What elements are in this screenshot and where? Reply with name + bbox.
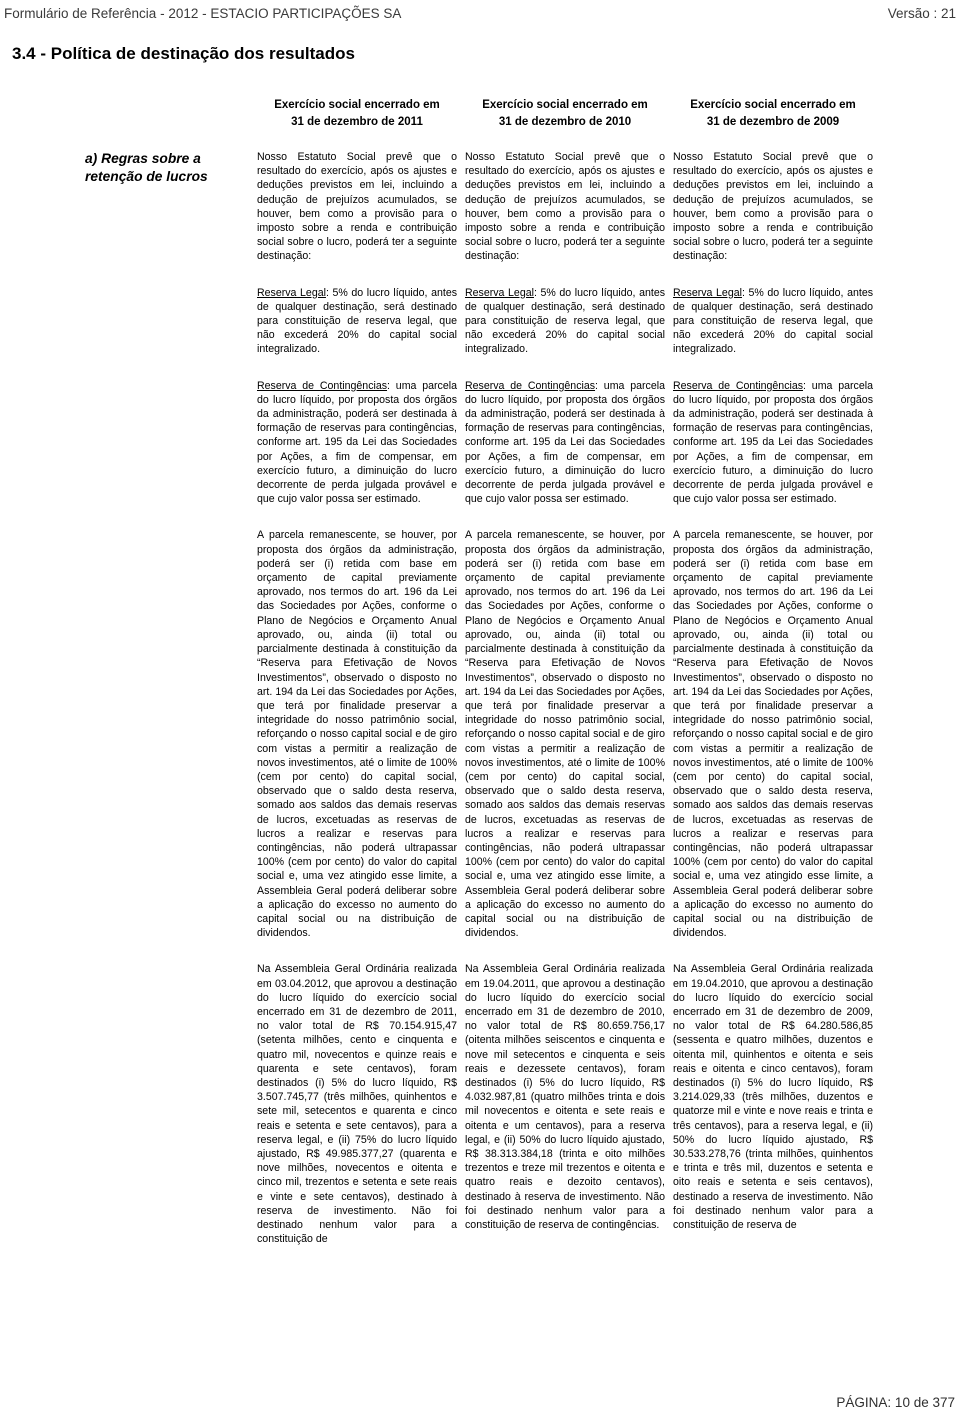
paragraph-text: Na Assembleia Geral Ordinária realizada …	[673, 963, 873, 1231]
paragraph: A parcela remanescente, se houver, por p…	[673, 528, 873, 940]
column-header-line1: Exercício social encerrado em	[673, 97, 873, 114]
paragraph-text: : uma parcela do lucro líquido, por prop…	[257, 380, 457, 506]
paragraph-text: A parcela remanescente, se houver, por p…	[673, 529, 873, 939]
paragraph-text: Na Assembleia Geral Ordinária realizada …	[257, 963, 457, 1245]
header-spacer	[85, 97, 249, 131]
paragraph: Reserva Legal: 5% do lucro líquido, ante…	[465, 286, 665, 357]
document-title: Formulário de Referência - 2012 - ESTACI…	[4, 6, 401, 21]
paragraph-text: A parcela remanescente, se houver, por p…	[465, 529, 665, 939]
paragraph-text: A parcela remanescente, se houver, por p…	[257, 529, 457, 939]
paragraph-lead: Reserva Legal	[465, 287, 534, 299]
paragraph: Reserva Legal: 5% do lucro líquido, ante…	[673, 286, 873, 357]
paragraph: Reserva de Contingências: uma parcela do…	[673, 379, 873, 507]
paragraph-text: Na Assembleia Geral Ordinária realizada …	[465, 963, 665, 1231]
paragraph-text: Nosso Estatuto Social prevê que o result…	[257, 151, 457, 262]
paragraph-text: : uma parcela do lucro líquido, por prop…	[673, 380, 873, 506]
paragraph: Nosso Estatuto Social prevê que o result…	[673, 150, 873, 264]
paragraph: Na Assembleia Geral Ordinária realizada …	[257, 962, 457, 1246]
column-header-2011: Exercício social encerrado em 31 de deze…	[257, 97, 457, 131]
paragraph: Nosso Estatuto Social prevê que o result…	[465, 150, 665, 264]
column-header-line1: Exercício social encerrado em	[465, 97, 665, 114]
paragraph: Reserva Legal: 5% do lucro líquido, ante…	[257, 286, 457, 357]
paragraph-lead: Reserva de Contingências	[673, 380, 803, 392]
results-table: Exercício social encerrado em 31 de deze…	[85, 97, 873, 1268]
column-header-line2: 31 de dezembro de 2009	[673, 114, 873, 131]
paragraph-text: Nosso Estatuto Social prevê que o result…	[465, 151, 665, 262]
paragraph: Na Assembleia Geral Ordinária realizada …	[465, 962, 665, 1232]
column-header-2010: Exercício social encerrado em 31 de deze…	[465, 97, 665, 131]
column-cell-2010: Nosso Estatuto Social prevê que o result…	[465, 150, 665, 1268]
paragraph: A parcela remanescente, se houver, por p…	[465, 528, 665, 940]
paragraph: Na Assembleia Geral Ordinária realizada …	[673, 962, 873, 1232]
paragraph: Reserva de Contingências: uma parcela do…	[257, 379, 457, 507]
paragraph: A parcela remanescente, se houver, por p…	[257, 528, 457, 940]
column-cell-2009: Nosso Estatuto Social prevê que o result…	[673, 150, 873, 1268]
column-cell-2011: Nosso Estatuto Social prevê que o result…	[257, 150, 457, 1268]
paragraph-lead: Reserva de Contingências	[465, 380, 595, 392]
document-header: Formulário de Referência - 2012 - ESTACI…	[4, 6, 956, 21]
page-number: PÁGINA: 10 de 377	[836, 1395, 955, 1410]
paragraph: Reserva de Contingências: uma parcela do…	[465, 379, 665, 507]
row-label-retencao-lucros: a) Regras sobre a retenção de lucros	[85, 150, 249, 1268]
paragraph-lead: Reserva Legal	[257, 287, 326, 299]
section-title: 3.4 - Política de destinação dos resulta…	[12, 44, 355, 64]
paragraph: Nosso Estatuto Social prevê que o result…	[257, 150, 457, 264]
version-label: Versão : 21	[888, 6, 956, 21]
paragraph-lead: Reserva de Contingências	[257, 380, 387, 392]
column-header-2009: Exercício social encerrado em 31 de deze…	[673, 97, 873, 131]
paragraph-text: Nosso Estatuto Social prevê que o result…	[673, 151, 873, 262]
column-header-line2: 31 de dezembro de 2011	[257, 114, 457, 131]
column-header-line2: 31 de dezembro de 2010	[465, 114, 665, 131]
column-header-line1: Exercício social encerrado em	[257, 97, 457, 114]
paragraph-text: : uma parcela do lucro líquido, por prop…	[465, 380, 665, 506]
paragraph-lead: Reserva Legal	[673, 287, 742, 299]
